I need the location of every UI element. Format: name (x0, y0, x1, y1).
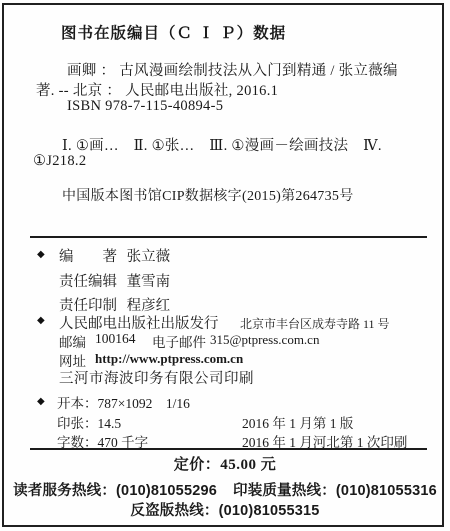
credit-label: 责任编辑 (59, 270, 123, 291)
reader-hotline-label: 读者服务热线： (13, 483, 116, 499)
antipiracy-hotline-number: (010)81055315 (219, 503, 320, 519)
postcode-label: 邮编 (59, 331, 86, 351)
spec-printed-sheets: 印张：14.5 (57, 412, 121, 432)
divider-rule-top (30, 236, 427, 238)
credit-row: 责任编辑 董雪南 (59, 270, 170, 291)
postcode-value: 100164 (95, 331, 136, 347)
hotline-row-2: 反盗版热线：(010)81055315 (0, 499, 450, 520)
cip-entry-line1: 画卿 ： 古风漫画绘制技法从入门到精通 / 张立薇编 (67, 59, 398, 80)
spec-format: 开本：787×1092 1/16 (57, 392, 190, 412)
website-url: http://www.ptpress.com.cn (95, 351, 243, 367)
credit-value: 董雪南 (127, 274, 171, 290)
credit-row: 编 著 张立薇 (59, 245, 170, 266)
spec-edition: 2016 年 1 月第 1 版 (242, 412, 353, 432)
diamond-bullet-icon: ◆ (37, 396, 45, 407)
email-value: 315@ptpress.com.cn (210, 332, 319, 348)
cip-heading: 图书在版编目（Ｃ Ｉ Ｐ）数据 (61, 21, 286, 43)
printer-name: 三河市海波印务有限公司印刷 (59, 367, 254, 388)
cip-record-number: 中国版本图书馆CIP数据核字(2015)第264735号 (62, 185, 354, 205)
diamond-bullet-icon: ◆ (37, 249, 45, 260)
publisher-name: 人民邮电出版社出版发行 (59, 312, 219, 333)
classification-line1: Ⅰ. ①画… Ⅱ. ①张… Ⅲ. ①漫画－绘画技法 Ⅳ. (62, 134, 382, 155)
price-line: 定价：45.00 元 (0, 453, 450, 474)
credit-value: 张立薇 (127, 249, 171, 265)
credit-label: 编 著 (59, 245, 123, 266)
quality-hotline-number: (010)81055316 (336, 483, 437, 499)
publisher-address: 北京市丰台区成寿寺路 11 号 (240, 315, 390, 332)
email-label: 电子邮件 (152, 331, 206, 351)
divider-rule-bottom (30, 448, 427, 450)
cip-entry-line2: 著. -- 北京 ： 人民邮电出版社, 2016.1 (36, 79, 278, 100)
quality-hotline-label: 印装质量热线： (233, 483, 336, 499)
reader-hotline-number: (010)81055296 (116, 483, 217, 499)
antipiracy-hotline-label: 反盗版热线： (130, 503, 218, 519)
cip-entry-isbn: ISBN 978-7-115-40894-5 (67, 98, 223, 115)
cip-copyright-page: 图书在版编目（Ｃ Ｉ Ｐ）数据 画卿 ： 古风漫画绘制技法从入门到精通 / 张立… (0, 0, 450, 531)
classification-line2: ①J218.2 (33, 153, 86, 170)
diamond-bullet-icon: ◆ (37, 315, 45, 326)
hotline-row-1: 读者服务热线：(010)81055296印装质量热线：(010)81055316 (0, 479, 450, 500)
